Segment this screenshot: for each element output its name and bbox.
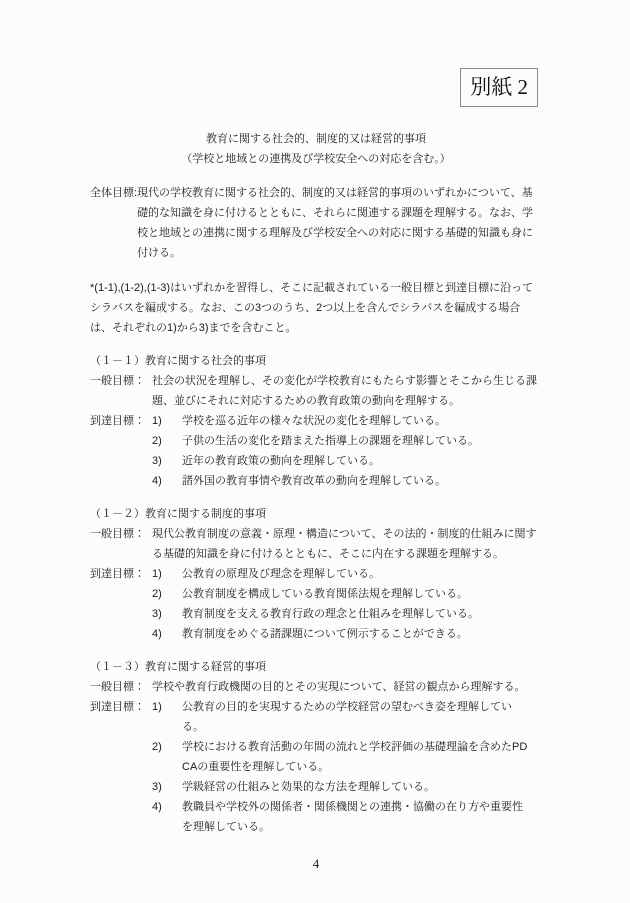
attainment-goal-label: 到達目標：	[90, 564, 152, 584]
document-page: 別紙 2 教育に関する社会的、制度的又は経営的事項 （学校と地域との連携及び学校…	[0, 0, 630, 903]
objective-text: 諸外国の教育事情や教育改革の動向を理解している。	[182, 471, 530, 491]
label-spacer	[90, 737, 152, 777]
objective-number: 1)	[152, 411, 182, 431]
objective-row: 3) 教育制度を支える教育行政の理念と仕組みを理解している。	[90, 604, 542, 624]
attainment-goal-label: 到達目標：	[90, 697, 152, 737]
syllabus-note: *(1-1),(1-2),(1-3)はいずれかを習得し、そこに記載されている一般…	[90, 278, 542, 338]
objective-text: 近年の教育政策の動向を理解している。	[182, 451, 530, 471]
doc-title-line2: （学校と地域との連携及び学校安全への対応を含む。）	[90, 149, 542, 169]
general-goal-label: 一般目標：	[90, 524, 152, 564]
objective-text: 公教育制度を構成している教育関係法規を理解している。	[182, 584, 530, 604]
objective-row: 到達目標： 1) 学校を巡る近年の様々な状況の変化を理解している。	[90, 411, 542, 431]
overall-goal-label: 全体目標:	[90, 183, 137, 263]
label-spacer	[90, 777, 152, 797]
objective-row: 2) 学校における教育活動の年間の流れと学校評価の基礎理論を含めたPDCAの重要…	[90, 737, 542, 777]
overall-goal-text: 現代の学校教育に関する社会的、制度的又は経営的事項のいずれかについて、基礎的な知…	[137, 183, 542, 263]
objective-number: 1)	[152, 564, 182, 584]
objective-text: 学校を巡る近年の様々な状況の変化を理解している。	[182, 411, 530, 431]
label-spacer	[90, 797, 152, 837]
section-heading: （１－３）教育に関する経営的事項	[90, 657, 542, 677]
objective-row: 到達目標： 1) 公教育の原理及び理念を理解している。	[90, 564, 542, 584]
objective-number: 2)	[152, 737, 182, 777]
objective-row: 4) 教職員や学校外の関係者・関係機関との連携・協働の在り方や重要性を理解してい…	[90, 797, 542, 837]
label-spacer	[90, 431, 152, 451]
objective-row: 4) 諸外国の教育事情や教育改革の動向を理解している。	[90, 471, 542, 491]
objective-number: 1)	[152, 697, 182, 737]
section-1-2: （１－２）教育に関する制度的事項 一般目標： 現代公教育制度の意義・原理・構造に…	[90, 504, 542, 644]
label-spacer	[90, 451, 152, 471]
objective-row: 2) 子供の生活の変化を踏まえた指導上の課題を理解している。	[90, 431, 542, 451]
objective-number: 2)	[152, 584, 182, 604]
general-goal-row: 一般目標： 学校や教育行政機関の目的とその実現について、経営の観点から理解する。	[90, 677, 542, 697]
general-goal-text: 社会の状況を理解し、その変化が学校教育にもたらす影響とそこから生じる課題、並びに…	[152, 371, 542, 411]
attachment-label-box: 別紙 2	[460, 68, 538, 107]
general-goal-row: 一般目標： 社会の状況を理解し、その変化が学校教育にもたらす影響とそこから生じる…	[90, 371, 542, 411]
objective-text: 学級経営の仕組みと効果的な方法を理解している。	[182, 777, 530, 797]
objective-number: 3)	[152, 451, 182, 471]
objective-number: 3)	[152, 777, 182, 797]
general-goal-text: 学校や教育行政機関の目的とその実現について、経営の観点から理解する。	[152, 677, 542, 697]
objective-row: 3) 学級経営の仕組みと効果的な方法を理解している。	[90, 777, 542, 797]
section-heading: （１－２）教育に関する制度的事項	[90, 504, 542, 524]
doc-title: 教育に関する社会的、制度的又は経営的事項 （学校と地域との連携及び学校安全への対…	[90, 129, 542, 169]
label-spacer	[90, 584, 152, 604]
objective-number: 4)	[152, 471, 182, 491]
label-spacer	[90, 471, 152, 491]
section-heading: （１－１）教育に関する社会的事項	[90, 351, 542, 371]
objective-number: 4)	[152, 624, 182, 644]
general-goal-row: 一般目標： 現代公教育制度の意義・原理・構造について、その法的・制度的仕組みに関…	[90, 524, 542, 564]
objective-text: 教育制度をめぐる諸課題について例示することができる。	[182, 624, 530, 644]
objective-number: 2)	[152, 431, 182, 451]
objective-text: 子供の生活の変化を踏まえた指導上の課題を理解している。	[182, 431, 530, 451]
objective-number: 4)	[152, 797, 182, 837]
doc-title-line1: 教育に関する社会的、制度的又は経営的事項	[90, 129, 542, 149]
objective-number: 3)	[152, 604, 182, 624]
objective-text: 教職員や学校外の関係者・関係機関との連携・協働の在り方や重要性を理解している。	[182, 797, 530, 837]
objective-row: 3) 近年の教育政策の動向を理解している。	[90, 451, 542, 471]
general-goal-label: 一般目標：	[90, 677, 152, 697]
objective-text: 公教育の目的を実現するための学校経営の望むべき姿を理解している。	[182, 697, 530, 737]
label-spacer	[90, 624, 152, 644]
objective-row: 到達目標： 1) 公教育の目的を実現するための学校経営の望むべき姿を理解している…	[90, 697, 542, 737]
objective-text: 学校における教育活動の年間の流れと学校評価の基礎理論を含めたPDCAの重要性を理…	[182, 737, 530, 777]
page-number: 4	[90, 854, 542, 874]
objective-row: 2) 公教育制度を構成している教育関係法規を理解している。	[90, 584, 542, 604]
section-1-1: （１－１）教育に関する社会的事項 一般目標： 社会の状況を理解し、その変化が学校…	[90, 351, 542, 491]
general-goal-label: 一般目標：	[90, 371, 152, 411]
objective-row: 4) 教育制度をめぐる諸課題について例示することができる。	[90, 624, 542, 644]
attachment-label: 別紙 2	[470, 75, 528, 99]
label-spacer	[90, 604, 152, 624]
general-goal-text: 現代公教育制度の意義・原理・構造について、その法的・制度的仕組みに関する基礎的知…	[152, 524, 542, 564]
section-1-3: （１－３）教育に関する経営的事項 一般目標： 学校や教育行政機関の目的とその実現…	[90, 657, 542, 837]
overall-goal: 全体目標: 現代の学校教育に関する社会的、制度的又は経営的事項のいずれかについて…	[90, 183, 542, 263]
objective-text: 公教育の原理及び理念を理解している。	[182, 564, 530, 584]
objective-text: 教育制度を支える教育行政の理念と仕組みを理解している。	[182, 604, 530, 624]
attainment-goal-label: 到達目標：	[90, 411, 152, 431]
